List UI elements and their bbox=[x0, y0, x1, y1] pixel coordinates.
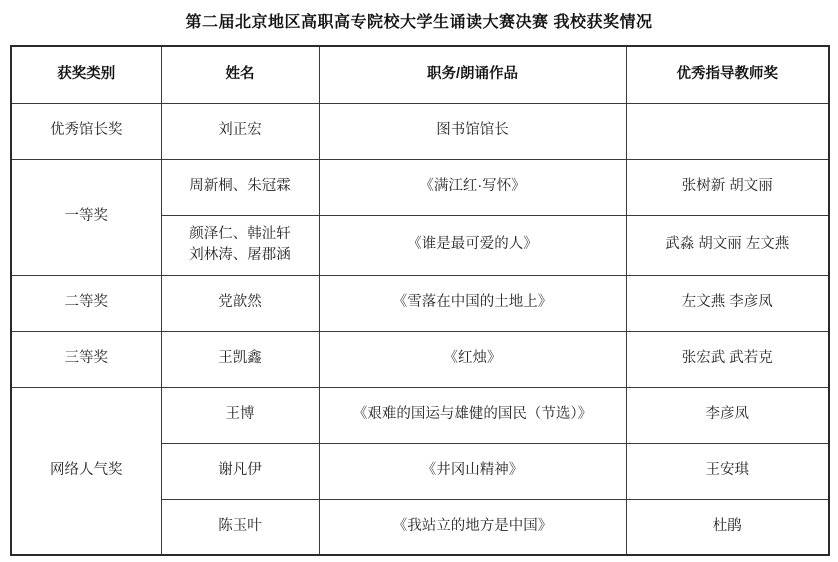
category-cell: 优秀馆长奖 bbox=[11, 103, 161, 159]
name-cell: 王凯鑫 bbox=[161, 331, 319, 387]
name-cell: 王博 bbox=[161, 387, 319, 443]
header-cell-work: 职务/朗诵作品 bbox=[319, 46, 626, 103]
name-cell: 颜泽仁、韩沚轩 刘林涛、屠郡涵 bbox=[161, 215, 319, 275]
work-cell: 《井冈山精神》 bbox=[319, 443, 626, 499]
category-cell: 二等奖 bbox=[11, 275, 161, 331]
table-row: 优秀馆长奖 刘正宏 图书馆馆长 bbox=[11, 103, 829, 159]
name-cell: 谢凡伊 bbox=[161, 443, 319, 499]
header-row: 获奖类别 姓名 职务/朗诵作品 优秀指导教师奖 bbox=[11, 46, 829, 103]
teacher-cell: 李彦凤 bbox=[626, 387, 829, 443]
document-page: 第二届北京地区高职高专院校大学生诵读大赛决赛 我校获奖情况 获奖类别 姓名 职务… bbox=[0, 0, 838, 562]
table-row: 一等奖 周新桐、朱冠霖 《满江红·写怀》 张树新 胡文丽 bbox=[11, 159, 829, 215]
table-row: 三等奖 王凯鑫 《红烛》 张宏武 武若克 bbox=[11, 331, 829, 387]
header-cell-category: 获奖类别 bbox=[11, 46, 161, 103]
work-cell: 《我站立的地方是中国》 bbox=[319, 499, 626, 555]
teacher-cell: 张宏武 武若克 bbox=[626, 331, 829, 387]
work-cell: 《谁是最可爱的人》 bbox=[319, 215, 626, 275]
table-row: 网络人气奖 王博 《艰难的国运与雄健的国民（节选）》 李彦凤 bbox=[11, 387, 829, 443]
teacher-cell: 杜鹃 bbox=[626, 499, 829, 555]
work-cell: 《满江红·写怀》 bbox=[319, 159, 626, 215]
teacher-cell: 张树新 胡文丽 bbox=[626, 159, 829, 215]
category-cell: 三等奖 bbox=[11, 331, 161, 387]
header-cell-name: 姓名 bbox=[161, 46, 319, 103]
name-cell: 周新桐、朱冠霖 bbox=[161, 159, 319, 215]
name-line-1: 颜泽仁、韩沚轩 bbox=[168, 224, 313, 245]
teacher-cell bbox=[626, 103, 829, 159]
teacher-cell: 王安琪 bbox=[626, 443, 829, 499]
table-row: 二等奖 党歆然 《雪落在中国的土地上》 左文燕 李彦凤 bbox=[11, 275, 829, 331]
name-cell: 党歆然 bbox=[161, 275, 319, 331]
work-cell: 《雪落在中国的土地上》 bbox=[319, 275, 626, 331]
category-cell: 一等奖 bbox=[11, 159, 161, 275]
name-cell: 陈玉叶 bbox=[161, 499, 319, 555]
awards-table: 获奖类别 姓名 职务/朗诵作品 优秀指导教师奖 优秀馆长奖 刘正宏 图书馆馆长 … bbox=[10, 45, 830, 556]
name-line-2: 刘林涛、屠郡涵 bbox=[168, 245, 313, 266]
work-cell: 《艰难的国运与雄健的国民（节选）》 bbox=[319, 387, 626, 443]
name-cell: 刘正宏 bbox=[161, 103, 319, 159]
category-cell: 网络人气奖 bbox=[11, 387, 161, 555]
teacher-cell: 左文燕 李彦凤 bbox=[626, 275, 829, 331]
teacher-cell: 武淼 胡文丽 左文燕 bbox=[626, 215, 829, 275]
header-cell-teacher: 优秀指导教师奖 bbox=[626, 46, 829, 103]
document-title: 第二届北京地区高职高专院校大学生诵读大赛决赛 我校获奖情况 bbox=[0, 9, 838, 32]
work-cell: 《红烛》 bbox=[319, 331, 626, 387]
work-cell: 图书馆馆长 bbox=[319, 103, 626, 159]
